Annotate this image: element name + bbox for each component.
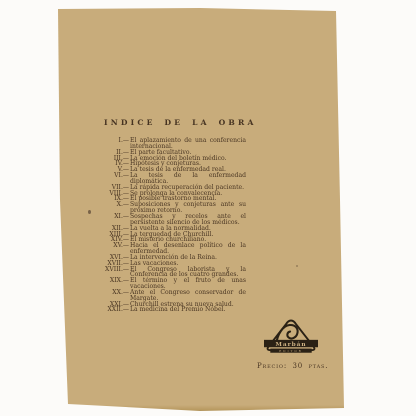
toc-item-numeral: XXII.—	[98, 307, 129, 313]
index-title: INDICE DE LA OBRA	[104, 118, 257, 127]
page-left-edge-highlight	[1, 258, 9, 408]
toc-item: XXII.— La medicina del Premio Nóbel.	[98, 307, 246, 313]
paper-speck	[88, 210, 91, 214]
page-left-edge	[0, 0, 9, 416]
toc-item-text: La tesis de la enfermedad diplomática.	[129, 173, 246, 185]
toc-item-text: La medicina del Premio Nóbel.	[129, 307, 246, 313]
price-label: Precio: 30 ptas.	[257, 362, 328, 370]
book-back-cover-page: INDICE DE LA OBRA I.— El aplazamiento de…	[0, 0, 416, 416]
book-photo: INDICE DE LA OBRA I.— El aplazamiento de…	[0, 0, 416, 416]
toc-item-numeral: VI.—	[98, 173, 129, 185]
toc-item-numeral: XX.—	[98, 290, 129, 302]
toc-item: XI.— Sospechas y recelos ante el persist…	[98, 214, 246, 226]
toc-item-text: Ante el Congreso conservador de Margate.	[129, 290, 246, 302]
publisher-logo: Marbán EDITOR	[264, 318, 318, 359]
paper-speck	[296, 265, 298, 267]
toc-item-text: Sospechas y recelos ante el persistente …	[129, 214, 246, 226]
toc-item-numeral: XI.—	[98, 214, 129, 226]
toc-item: VI.— La tesis de la enfermedad diplomáti…	[98, 173, 246, 185]
publisher-logo-emblem: Marbán EDITOR	[264, 318, 318, 359]
toc-item-text: El aplazamiento de una conferencia inter…	[129, 138, 246, 150]
page-top-edge	[0, 0, 416, 7]
publisher-name: Marbán	[276, 341, 307, 348]
toc-item: I.— El aplazamiento de una conferencia i…	[98, 138, 246, 150]
toc-item: XX.— Ante el Congreso conservador de Mar…	[98, 290, 246, 302]
publisher-subtitle: EDITOR	[279, 349, 302, 353]
page-right-edge	[406, 0, 416, 416]
table-of-contents: I.— El aplazamiento de una conferencia i…	[98, 138, 246, 313]
page-bottom-edge	[0, 405, 416, 416]
toc-item-numeral: I.—	[98, 138, 129, 150]
